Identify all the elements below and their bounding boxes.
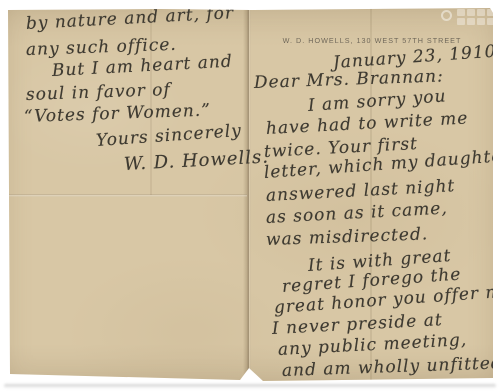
watermark-icon (441, 8, 495, 26)
handwritten-line: have had to write me (265, 108, 468, 139)
letter-sheet: by nature and art, for any such office. … (0, 0, 500, 391)
letter-photo: by nature and art, for any such office. … (0, 0, 500, 391)
handwritten-line: by nature and art, for (25, 3, 234, 34)
handwritten-line: was misdirected. (266, 224, 429, 250)
closing-line: Yours sincerely (95, 121, 242, 151)
horizontal-fold-crease (8, 194, 247, 197)
watermark-glyph-blocks (457, 9, 495, 25)
handwritten-line: “Votes for Women.” (24, 100, 212, 127)
surface-shadow (4, 384, 496, 388)
watermark-circle-logo-icon (441, 10, 452, 21)
